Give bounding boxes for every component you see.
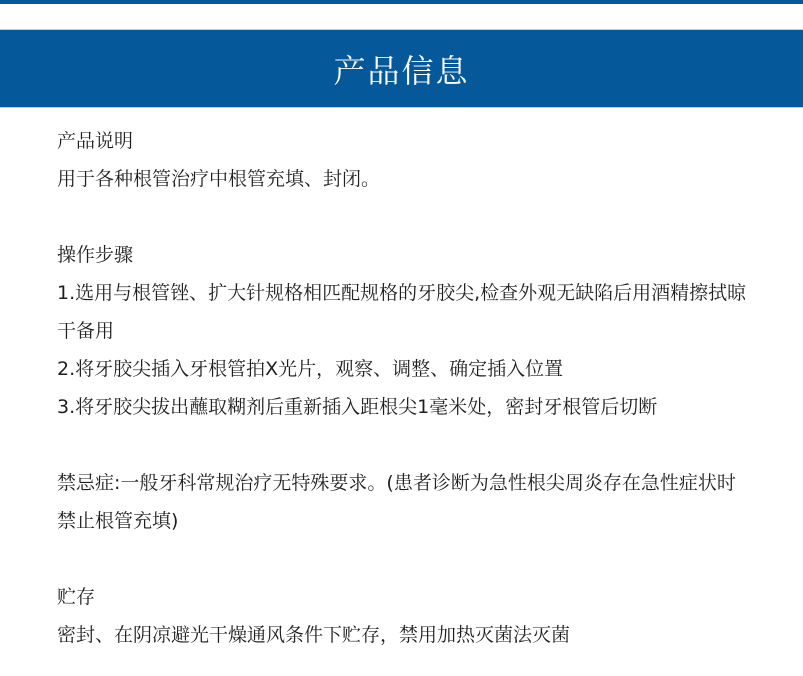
description-heading: 产品说明 [57, 122, 749, 160]
section-steps: 操作步骤 1.选用与根管锉、扩大针规格相匹配规格的牙胶尖,检查外观无缺陷后用酒精… [57, 236, 749, 426]
description-text: 用于各种根管治疗中根管充填、封闭。 [57, 160, 749, 198]
steps-heading: 操作步骤 [57, 236, 749, 274]
step-item-1: 1.选用与根管锉、扩大针规格相匹配规格的牙胶尖,检查外观无缺陷后用酒精擦拭晾干备… [57, 274, 749, 350]
section-storage: 贮存 密封、在阴凉避光干燥通风条件下贮存，禁用加热灭菌法灭菌 [57, 578, 749, 654]
top-accent-strip [0, 0, 803, 4]
contraindications-text: 禁忌症:一般牙科常规治疗无特殊要求。(患者诊断为急性根尖周炎存在急性症状时禁止根… [57, 464, 749, 540]
storage-text: 密封、在阴凉避光干燥通风条件下贮存，禁用加热灭菌法灭菌 [57, 616, 749, 654]
product-info-page: 产品信息 产品说明 用于各种根管治疗中根管充填、封闭。 操作步骤 1.选用与根管… [0, 0, 803, 676]
section-description: 产品说明 用于各种根管治疗中根管充填、封闭。 [57, 122, 749, 198]
storage-heading: 贮存 [57, 578, 749, 616]
page-title: 产品信息 [333, 46, 469, 92]
section-contraindications: 禁忌症:一般牙科常规治疗无特殊要求。(患者诊断为急性根尖周炎存在急性症状时禁止根… [57, 464, 749, 540]
step-item-2: 2.将牙胶尖插入牙根管拍X光片，观察、调整、确定插入位置 [57, 350, 749, 388]
product-info-content: 产品说明 用于各种根管治疗中根管充填、封闭。 操作步骤 1.选用与根管锉、扩大针… [57, 122, 749, 654]
page-header: 产品信息 [0, 29, 803, 108]
step-item-3: 3.将牙胶尖拔出蘸取糊剂后重新插入距根尖1毫米处，密封牙根管后切断 [57, 388, 749, 426]
